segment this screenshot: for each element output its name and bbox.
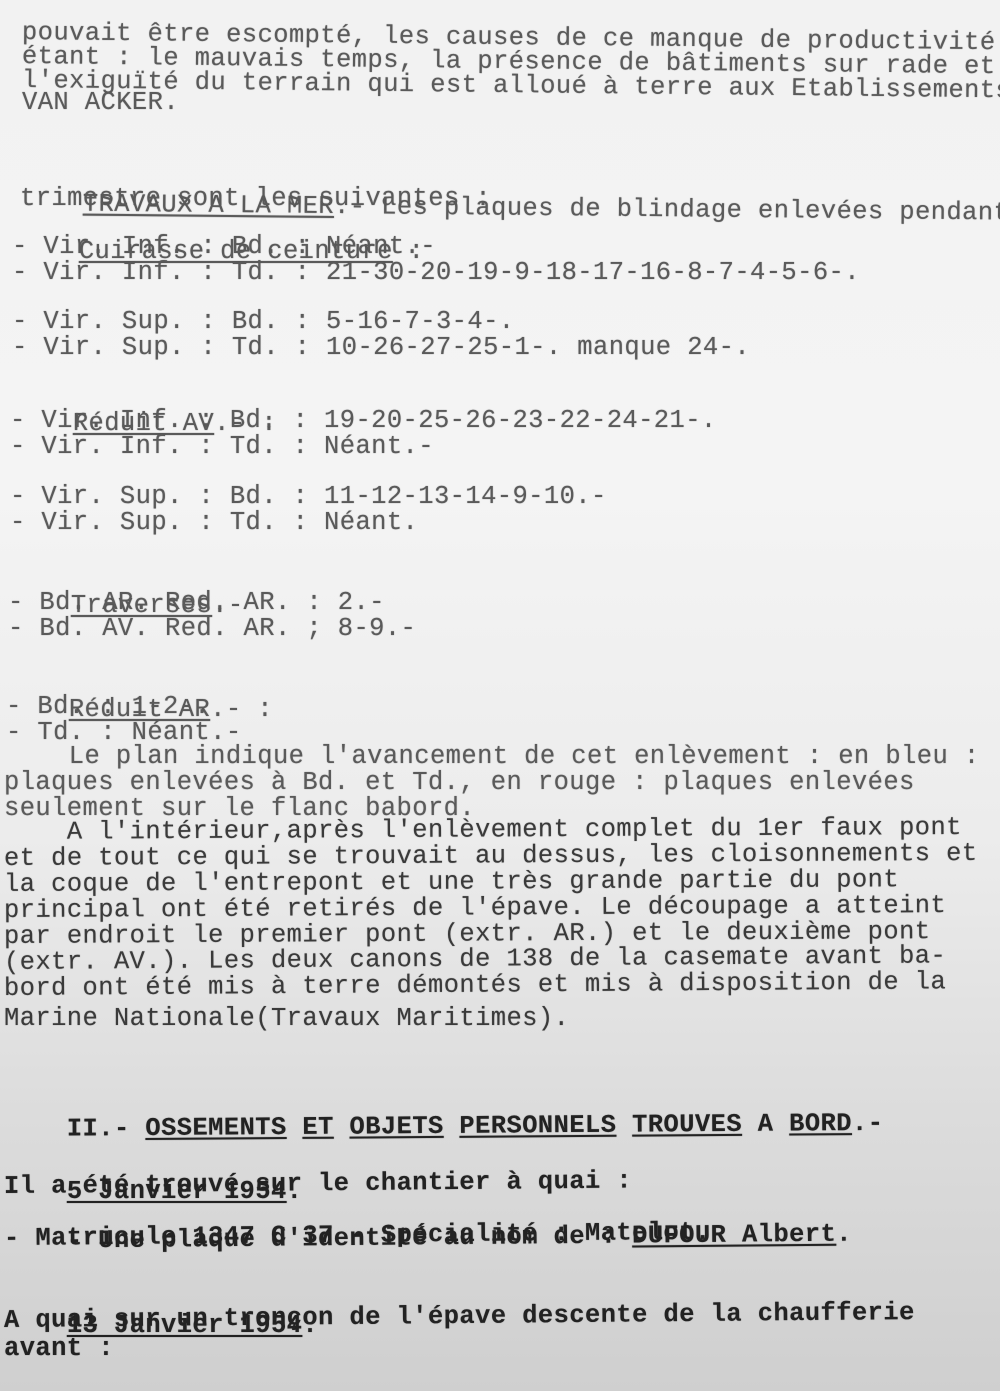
section-2-heading-word: PERSONNELS bbox=[459, 1111, 616, 1141]
traverses-item: - Bd. AV. Red. AR. ; 8-9.- bbox=[8, 614, 416, 643]
section-2-heading-word: TROUVES bbox=[632, 1110, 742, 1140]
section-2-heading-word: OBJETS bbox=[349, 1112, 443, 1142]
cuirasse-item: - Vir. Inf. : Td. : 21-30-20-19-9-18-17-… bbox=[12, 258, 860, 287]
entry-1-line-3: - Matricule 1347 C 37 - Spécialité : Mat… bbox=[4, 1218, 711, 1253]
section-2-heading-word: BORD bbox=[789, 1109, 852, 1138]
scanned-document-page: pouvait être escompté, les causes de ce … bbox=[0, 0, 1000, 1391]
cuirasse-item: - Vir. Sup. : Td. : 10-26-27-25-1-. manq… bbox=[12, 333, 750, 362]
section-2-heading-word: A bbox=[758, 1110, 774, 1139]
section-2-heading-suffix: .- bbox=[852, 1109, 884, 1138]
entry-2-line-2: avant : bbox=[4, 1334, 114, 1363]
intro-line-4: VAN ACKER. bbox=[22, 88, 179, 117]
paragraph-2-line: bord ont été mis à terre démontés et mis… bbox=[4, 967, 946, 1003]
entry-1-name-suffix: . bbox=[836, 1220, 852, 1249]
traverses-item: - Bd. AR. Red. AR. : 2.- bbox=[8, 588, 385, 617]
paragraph-1-line: Le plan indique l'avancement de cet enlè… bbox=[6, 742, 980, 771]
reduit-av-item: - Vir. Inf. : Td. : Néant.- bbox=[10, 432, 434, 461]
reduit-av-item: - Vir. Sup. : Bd. : 11-12-13-14-9-10.- bbox=[10, 482, 607, 511]
cuirasse-item: - Vir. Sup. : Bd. : 5-16-7-3-4-. bbox=[12, 307, 514, 336]
section-2-heading-word: OSSEMENTS bbox=[145, 1113, 287, 1143]
paragraph-1-line: plaques enlevées à Bd. et Td., en rouge … bbox=[4, 768, 915, 797]
reduit-av-item: - Vir. Sup. : Td. : Néant. bbox=[10, 508, 418, 537]
reduit-ar-item: - Bd. : 1-2-. bbox=[6, 692, 210, 721]
paragraph-2-line: Marine Nationale(Travaux Maritimes). bbox=[4, 1004, 569, 1033]
section-2-heading-word: ET bbox=[302, 1113, 334, 1142]
reduit-av-item: - Vir. Inf. : Bd. : 19-20-25-26-23-22-24… bbox=[10, 406, 717, 435]
section-2-number: II.- bbox=[67, 1114, 146, 1144]
cuirasse-item: - Vir. Inf. : Bd. : Néant.- bbox=[12, 232, 436, 261]
